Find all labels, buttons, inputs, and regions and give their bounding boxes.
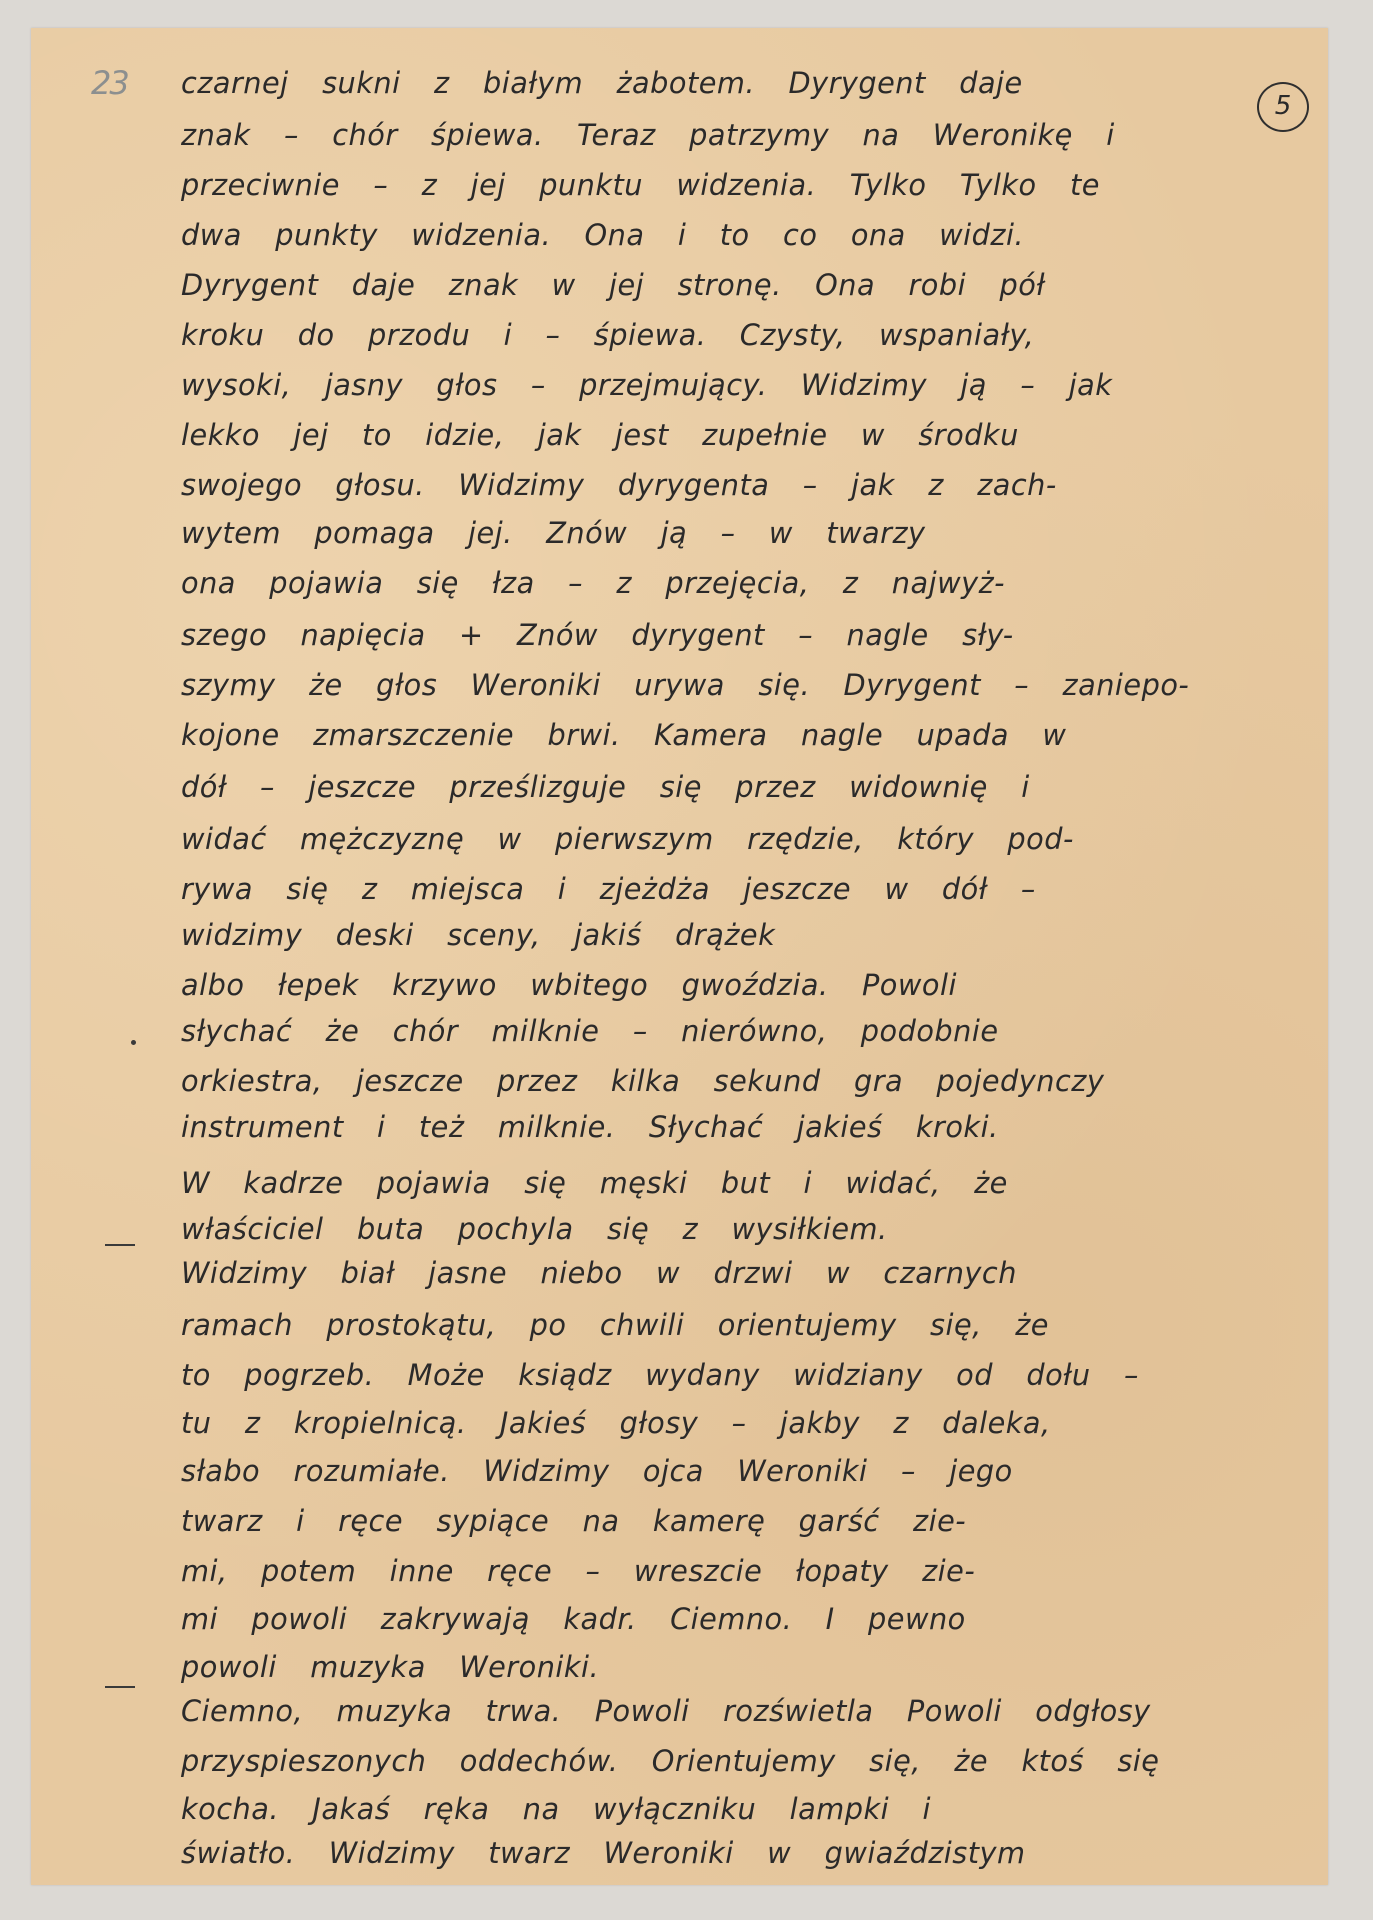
text-line: przyspieszonych oddechów. Orientujemy si… [181, 1744, 1321, 1778]
text-line: twarz i ręce sypiące na kamerę garść zie… [181, 1504, 1321, 1538]
text-line: ramach prostokątu, po chwili orientujemy… [181, 1308, 1321, 1342]
text-line: słychać że chór milknie – nierówno, podo… [181, 1014, 1321, 1048]
text-line: Widzimy biał jasne niebo w drzwi w czarn… [181, 1256, 1321, 1290]
text-line: tu z kropielnicą. Jakieś głosy – jakby z… [181, 1406, 1321, 1440]
text-line: czarnej sukni z białym żabotem. Dyrygent… [181, 66, 1321, 100]
text-line: kocha. Jakaś ręka na wyłączniku lampki i [181, 1792, 1321, 1826]
text-line: W kadrze pojawia się męski but i widać, … [181, 1166, 1321, 1200]
text-line: rywa się z miejsca i zjeżdża jeszcze w d… [181, 872, 1321, 906]
text-line: dół – jeszcze prześlizguje się przez wid… [181, 770, 1321, 804]
text-line: słabo rozumiałe. Widzimy ojca Weroniki –… [181, 1454, 1321, 1488]
text-line: znak – chór śpiewa. Teraz patrzymy na We… [181, 118, 1321, 152]
text-line: przeciwnie – z jej punktu widzenia. Tylk… [181, 168, 1321, 202]
text-line: wysoki, jasny głos – przejmujący. Widzim… [181, 368, 1321, 402]
text-line: powoli muzyka Weroniki. [181, 1650, 1321, 1684]
text-line: Dyrygent daje znak w jej stronę. Ona rob… [181, 268, 1321, 302]
text-line: mi, potem inne ręce – wreszcie łopaty zi… [181, 1554, 1321, 1588]
text-line: szego napięcia + Znów dyrygent – nagle s… [181, 618, 1321, 652]
text-line: kojone zmarszczenie brwi. Kamera nagle u… [181, 718, 1321, 752]
text-line: dwa punkty widzenia. Ona i to co ona wid… [181, 218, 1321, 252]
ink-dot [131, 1040, 136, 1045]
text-line: instrument i też milknie. Słychać jakieś… [181, 1110, 1321, 1144]
text-line: właściciel buta pochyla się z wysiłkiem. [181, 1212, 1321, 1246]
text-line: orkiestra, jeszcze przez kilka sekund gr… [181, 1064, 1321, 1098]
text-line: ona pojawia się łza – z przejęcia, z naj… [181, 566, 1321, 600]
text-line: mi powoli zakrywają kadr. Ciemno. I pewn… [181, 1602, 1321, 1636]
text-line: widzimy deski sceny, jakiś drążek [181, 918, 1321, 952]
paragraph-dash [105, 1244, 135, 1246]
manuscript-page: 23 5 czarnej sukni z białym żabotem. Dyr… [31, 28, 1328, 1885]
text-line: szymy że głos Weroniki urywa się. Dyryge… [181, 668, 1321, 702]
text-line: kroku do przodu i – śpiewa. Czysty, wspa… [181, 318, 1321, 352]
paragraph-dash [105, 1686, 135, 1688]
text-line: swojego głosu. Widzimy dyrygenta – jak z… [181, 468, 1321, 502]
text-line: to pogrzeb. Może ksiądz wydany widziany … [181, 1358, 1321, 1392]
text-line: lekko jej to idzie, jak jest zupełnie w … [181, 418, 1321, 452]
text-line: widać mężczyznę w pierwszym rzędzie, któ… [181, 822, 1321, 856]
folio-number: 23 [91, 64, 128, 102]
text-line: światło. Widzimy twarz Weroniki w gwiaźd… [181, 1836, 1321, 1870]
text-line: Ciemno, muzyka trwa. Powoli rozświetla P… [181, 1694, 1321, 1728]
text-line: albo łepek krzywo wbitego gwoździa. Powo… [181, 968, 1321, 1002]
text-line: wytem pomaga jej. Znów ją – w twarzy [181, 516, 1321, 550]
